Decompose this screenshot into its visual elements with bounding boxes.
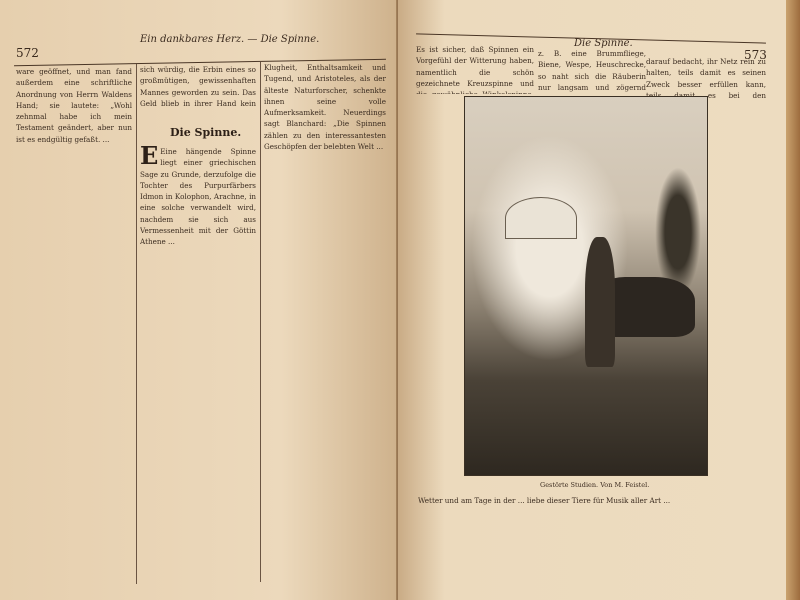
right-bottom-text: Wetter und am Tage in der ... liebe dies…	[418, 495, 748, 585]
right-column-2: z. B. eine Brummfliege, Biene, Wespe, He…	[538, 48, 646, 94]
article-title: Die Spinne.	[170, 126, 241, 139]
left-column-1: ware geöffnet, und man fand außerdem ein…	[16, 66, 132, 581]
left-running-header: Ein dankbares Herz. — Die Spinne.	[140, 34, 319, 45]
right-column-1: Es ist sicher, daß Spinnen ein Vorgefühl…	[416, 44, 534, 94]
article-body: EEine hängende Spinne liegt einer griech…	[140, 146, 256, 586]
left-column-3: Klugheit, Enthaltsamkeit und Tugend, und…	[264, 62, 386, 587]
left-page-number: 572	[16, 46, 39, 60]
book-edge	[786, 0, 800, 600]
illustration-caption: Gestörte Studien. Von M. Feistel.	[540, 481, 649, 489]
standing-man	[585, 237, 615, 367]
column-divider	[136, 64, 137, 584]
engraving-illustration	[464, 96, 708, 476]
left-column-2-top: sich würdig, die Erbin eines so großmüti…	[140, 64, 256, 110]
left-page: Ein dankbares Herz. — Die Spinne. 572 wa…	[0, 0, 402, 600]
drop-cap: E	[140, 146, 158, 166]
parasol	[505, 197, 577, 239]
column-divider	[260, 62, 261, 582]
